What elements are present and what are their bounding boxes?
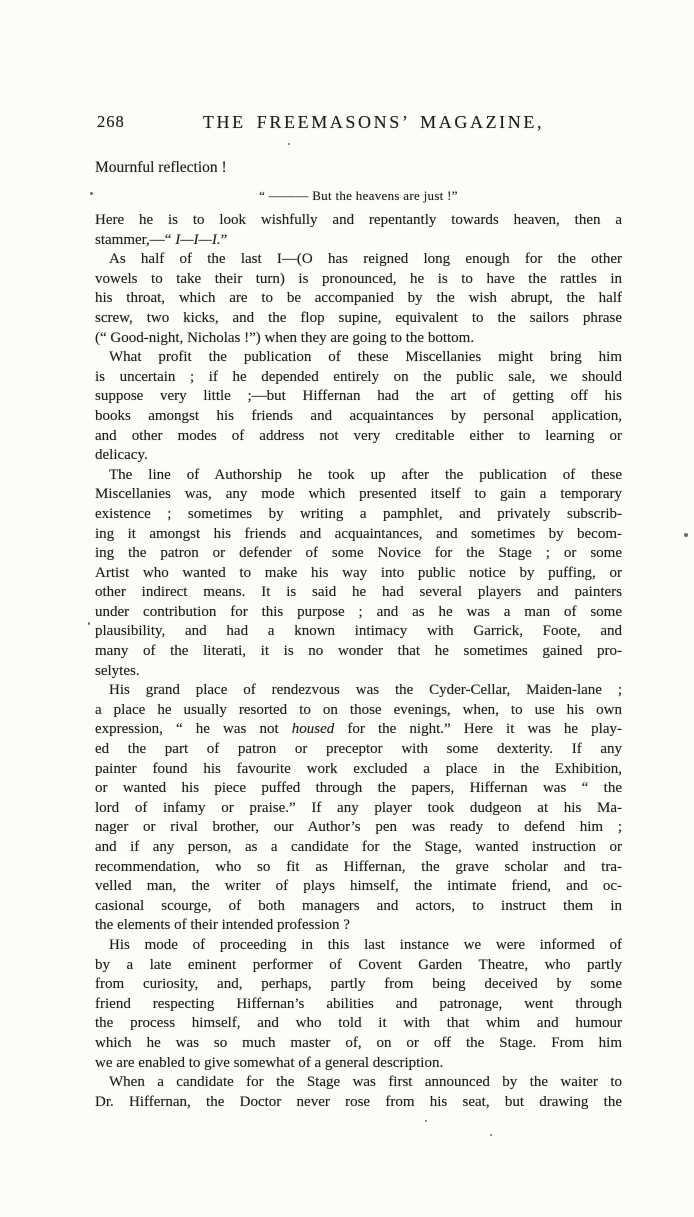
- text-line: plausibility, and had a known intimacy w…: [95, 622, 622, 642]
- text-line: a place he usually resorted to on those …: [95, 701, 622, 721]
- scan-speck: [88, 622, 90, 625]
- text-line: expression, “ he was not housed for the …: [95, 720, 622, 740]
- text-line: His grand place of rendezvous was the Cy…: [95, 681, 622, 701]
- text-line: casional scourge, of both managers and a…: [95, 897, 622, 917]
- scan-speck: [425, 1120, 427, 1122]
- page-number: 268: [97, 112, 125, 132]
- text-line: Dr. Hiffernan, the Doctor never rose fro…: [95, 1093, 622, 1113]
- text-line: ed the part of patron or preceptor with …: [95, 740, 622, 760]
- text-line: the process himself, and who told it wit…: [95, 1014, 622, 1034]
- running-title: THE FREEMASONS’ MAGAZINE,: [95, 112, 622, 133]
- scan-speck: [490, 1134, 492, 1136]
- text-line: and other modes of address not very cred…: [95, 427, 622, 447]
- text-line: ing the patron or defender of some Novic…: [95, 544, 622, 564]
- text-line: delicacy.: [95, 446, 622, 466]
- text-line: by a late eminent performer of Covent Ga…: [95, 956, 622, 976]
- text-line: Artist who wanted to make his way into p…: [95, 564, 622, 584]
- text-line: under contribution for this purpose ; an…: [95, 603, 622, 623]
- text-line: His mode of proceeding in this last inst…: [95, 936, 622, 956]
- text-line: selytes.: [95, 662, 622, 682]
- text-line: or wanted his piece puffed through the p…: [95, 779, 622, 799]
- text-line: nager or rival brother, our Author’s pen…: [95, 818, 622, 838]
- text-line: ing it amongst his friends and acquainta…: [95, 525, 622, 545]
- text-line: stammer,—“ I—I—I.”: [95, 231, 622, 251]
- text-line: other indirect means. It is said he had …: [95, 583, 622, 603]
- text-line: many of the literati, it is no wonder th…: [95, 642, 622, 662]
- text-line: Here he is to look wishfully and repenta…: [95, 211, 622, 231]
- text-line: the elements of their intended professio…: [95, 916, 622, 936]
- text-line: which he was so much master of, on or of…: [95, 1034, 622, 1054]
- paragraph: What profit the publication of these Mis…: [95, 348, 622, 466]
- paragraph: When a candidate for the Stage was first…: [95, 1073, 622, 1112]
- text-line: recommendation, who so fit as Hiffernan,…: [95, 858, 622, 878]
- text-line: existence ; sometimes by writing a pamph…: [95, 505, 622, 525]
- text-line: (“ Good-night, Nicholas !”) when they ar…: [95, 329, 622, 349]
- text-line: lord of infamy or praise.” If any player…: [95, 799, 622, 819]
- text-block: 268 THE FREEMASONS’ MAGAZINE, Mournful r…: [95, 112, 622, 1112]
- text-line: and if any person, as a candidate for th…: [95, 838, 622, 858]
- opening-line: Mournful reflection !: [95, 158, 622, 178]
- text-line: What profit the publication of these Mis…: [95, 348, 622, 368]
- text-line: velled man, the writer of plays himself,…: [95, 877, 622, 897]
- text-line: When a candidate for the Stage was first…: [95, 1073, 622, 1093]
- paragraph: Here he is to look wishfully and repenta…: [95, 211, 622, 250]
- scan-speck: [288, 143, 290, 145]
- scan-speck: [684, 533, 688, 537]
- text-line: As half of the last I—(O has reigned lon…: [95, 250, 622, 270]
- text-line: vowels to take their turn) is pronounced…: [95, 270, 622, 290]
- text-line: is uncertain ; if he depended entirely o…: [95, 368, 622, 388]
- text-line: his throat, which are to be accompanied …: [95, 289, 622, 309]
- text-line: suppose very little ;—but Hiffernan had …: [95, 387, 622, 407]
- paragraph: His grand place of rendezvous was the Cy…: [95, 681, 622, 936]
- text-line: from curiosity, and, perhaps, partly fro…: [95, 975, 622, 995]
- paragraph: As half of the last I—(O has reigned lon…: [95, 250, 622, 348]
- scanned-page: 268 THE FREEMASONS’ MAGAZINE, Mournful r…: [0, 0, 694, 1217]
- text-line: painter found his favourite work exclude…: [95, 760, 622, 780]
- text-line: Miscellanies was, any mode which present…: [95, 485, 622, 505]
- page-header: 268 THE FREEMASONS’ MAGAZINE,: [95, 112, 622, 134]
- text-line: books amongst his friends and acquaintan…: [95, 407, 622, 427]
- paragraph: The line of Authorship he took up after …: [95, 466, 622, 682]
- text-line: The line of Authorship he took up after …: [95, 466, 622, 486]
- scan-speck: [90, 192, 93, 195]
- article-body: Here he is to look wishfully and repenta…: [95, 211, 622, 1112]
- epigraph: “ ——— But the heavens are just !”: [95, 188, 622, 204]
- text-line: screw, two kicks, and the flop supine, e…: [95, 309, 622, 329]
- text-line: we are enabled to give somewhat of a gen…: [95, 1054, 622, 1074]
- paragraph: His mode of proceeding in this last inst…: [95, 936, 622, 1073]
- text-line: friend respecting Hiffernan’s abilities …: [95, 995, 622, 1015]
